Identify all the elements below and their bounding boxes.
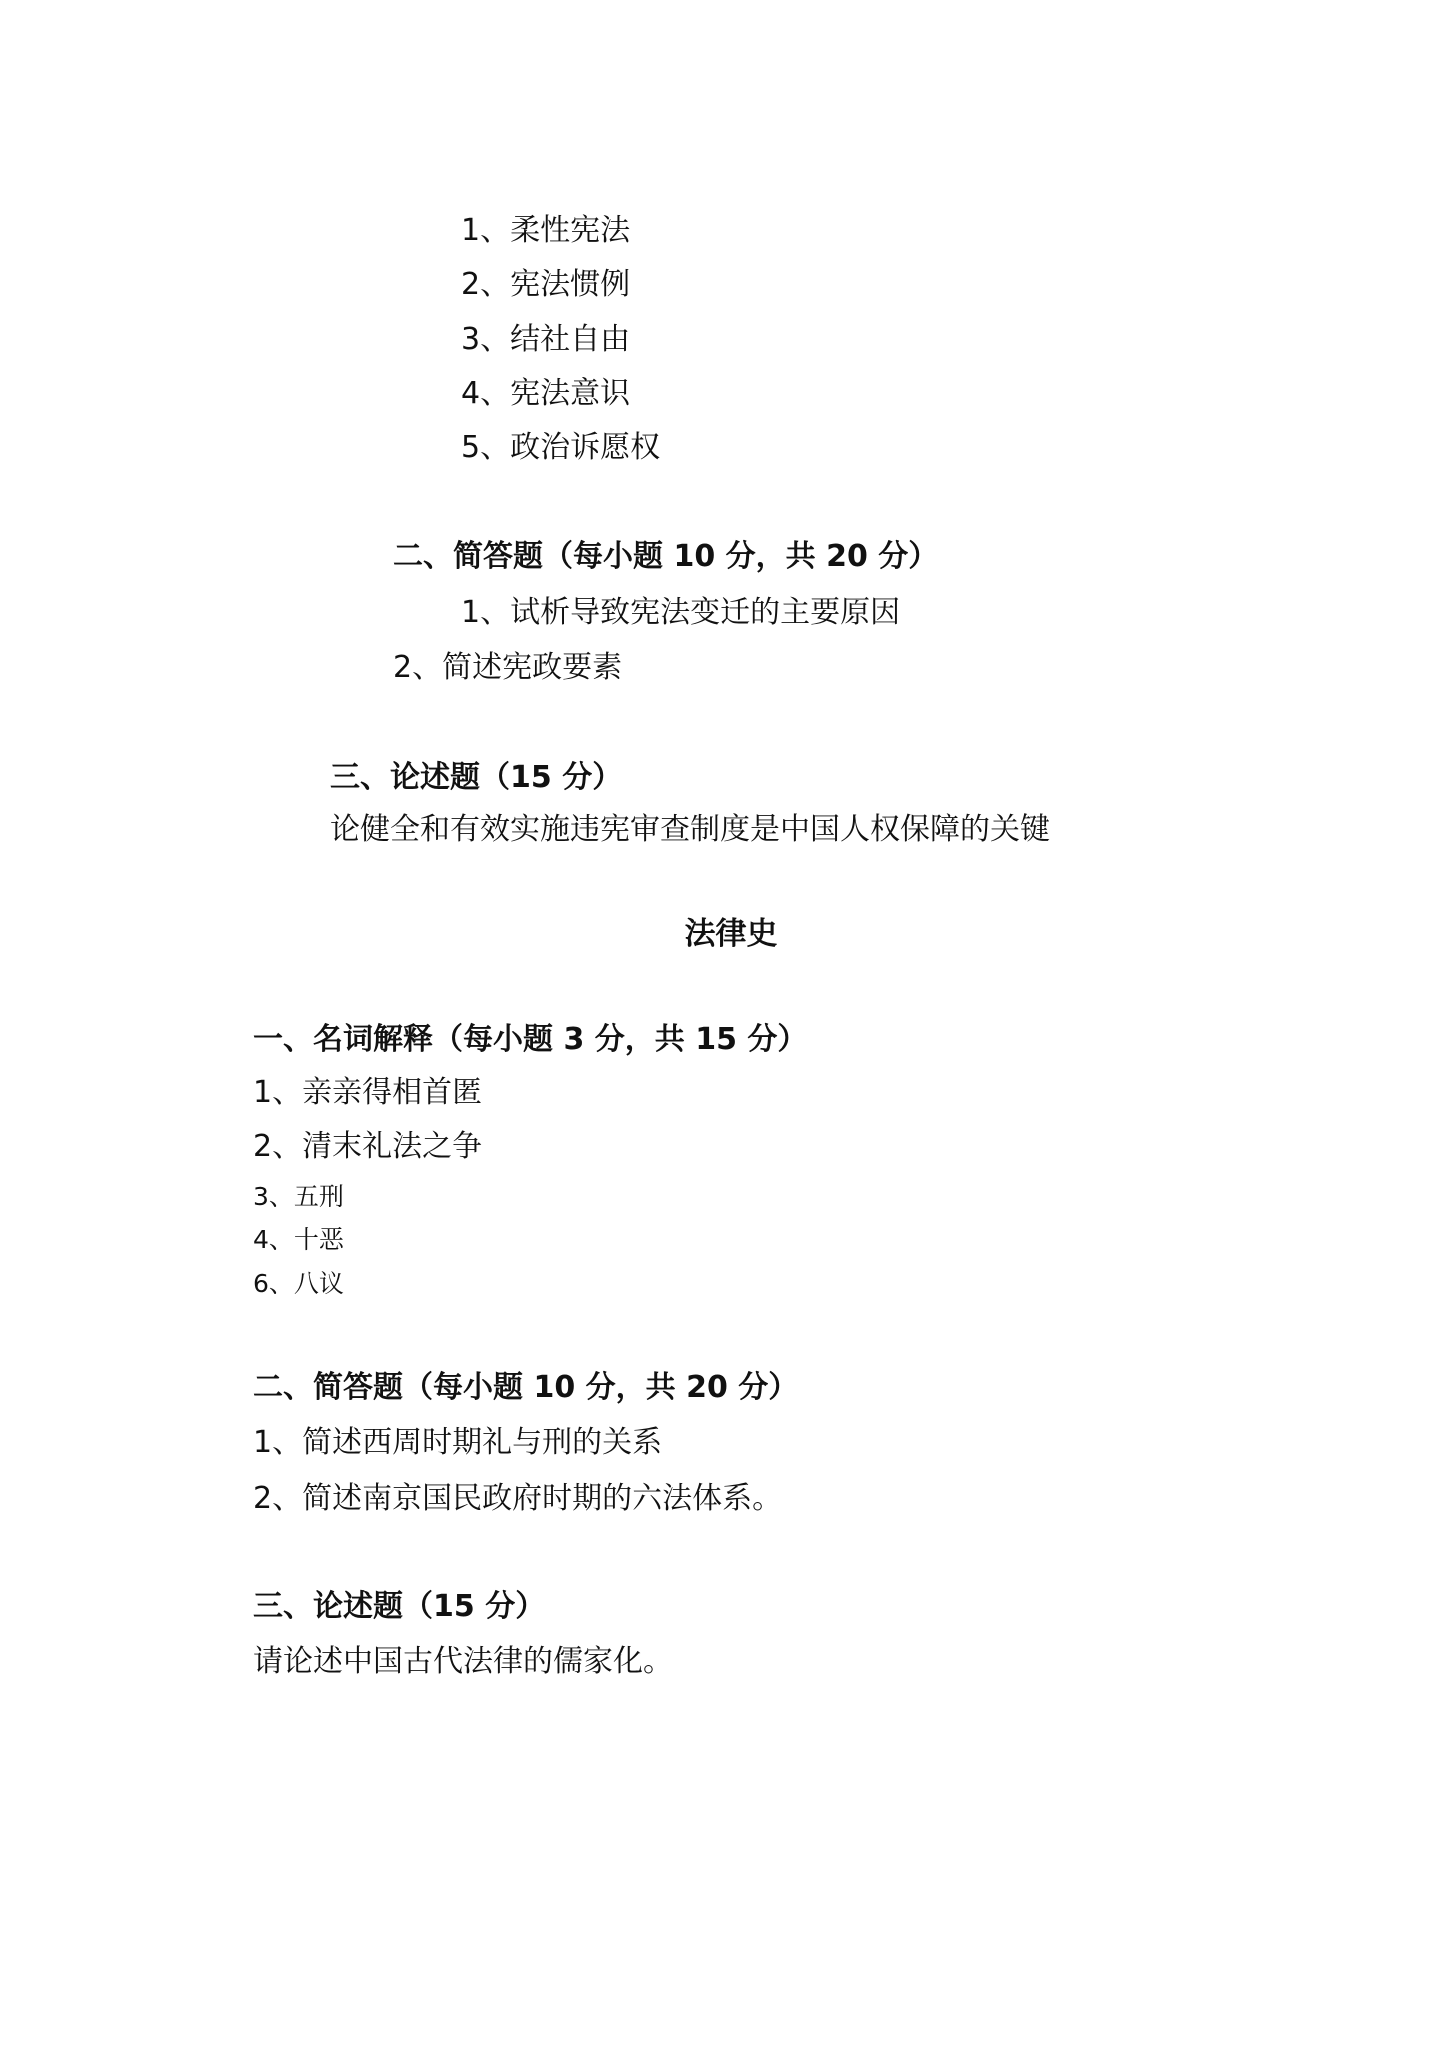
constitution-term-1: 1、柔性宪法 — [461, 211, 630, 251]
constitution-term-2: 2、宪法惯例 — [461, 265, 630, 305]
history-term-6: 6、八议 — [253, 1264, 344, 1304]
history-short-answer-q2: 2、简述南京国民政府时期的六法体系。 — [253, 1479, 782, 1519]
section-title-legal-history: 法律史 — [0, 914, 1450, 954]
history-term-3: 3、五刑 — [253, 1177, 344, 1217]
history-term-1: 1、亲亲得相首匿 — [253, 1073, 482, 1113]
constitution-short-answer-heading: 二、简答题（每小题 10 分，共 20 分） — [393, 537, 938, 577]
constitution-essay-question: 论健全和有效实施违宪审查制度是中国人权保障的关键 — [330, 810, 1050, 850]
constitution-short-answer-q2: 2、简述宪政要素 — [393, 648, 622, 688]
constitution-term-5: 5、政治诉愿权 — [461, 428, 660, 468]
history-short-answer-q1: 1、简述西周时期礼与刑的关系 — [253, 1423, 662, 1463]
history-essay-heading: 三、论述题（15 分） — [253, 1587, 545, 1627]
constitution-term-3: 3、结社自由 — [461, 320, 630, 360]
history-terms-heading: 一、名词解释（每小题 3 分，共 15 分） — [253, 1020, 807, 1060]
constitution-essay-heading: 三、论述题（15 分） — [330, 758, 622, 798]
history-term-4: 4、十恶 — [253, 1220, 344, 1260]
history-short-answer-heading: 二、简答题（每小题 10 分，共 20 分） — [253, 1368, 798, 1408]
constitution-term-4: 4、宪法意识 — [461, 374, 630, 414]
constitution-short-answer-q1: 1、试析导致宪法变迁的主要原因 — [461, 593, 900, 633]
history-essay-question: 请论述中国古代法律的儒家化。 — [253, 1642, 673, 1682]
history-term-2: 2、清末礼法之争 — [253, 1127, 482, 1167]
